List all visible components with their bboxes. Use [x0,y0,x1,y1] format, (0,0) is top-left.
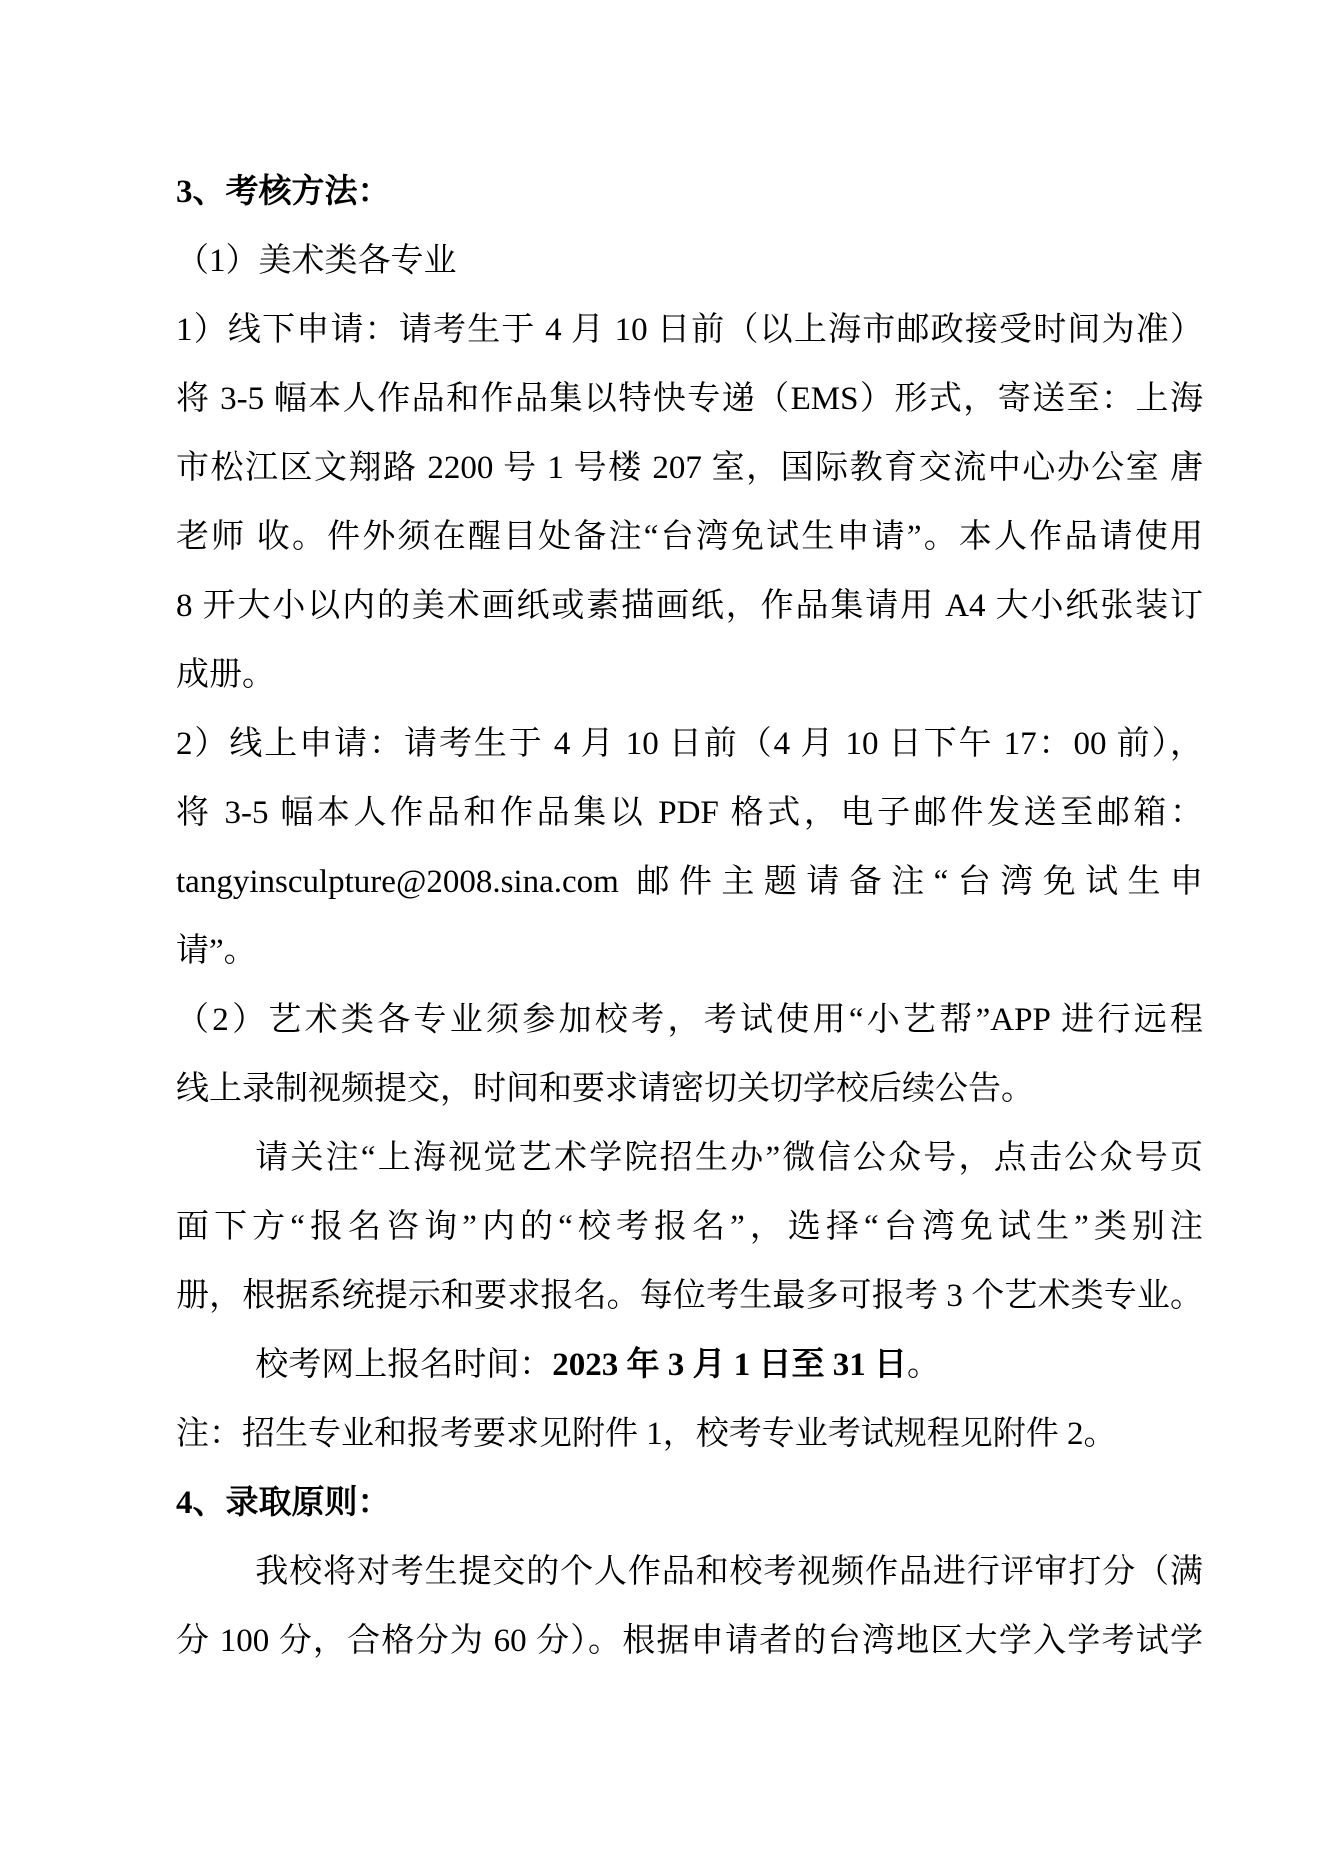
doc-line: 8 开大小以内的美术画纸或素描画纸，作品集请用 A4 大小纸张装订 [176,572,1203,641]
note-line: 注：招生专业和报考要求见附件 1，校考专业考试规程见附件 2。 [176,1400,1203,1469]
document-page: 3、考核方法： （1）美术类各专业 1）线下申请：请考生于 4 月 10 日前（… [0,0,1323,1871]
section-3-heading: 3、考核方法： [176,158,1203,227]
doc-line: 请”。 [176,917,1203,986]
doc-line: 2）线上申请：请考生于 4 月 10 日前（4 月 10 日下午 17：00 前… [176,710,1203,779]
doc-line: （1）美术类各专业 [176,227,1203,296]
registration-date-suffix: 。 [907,1347,940,1383]
registration-date-bold: 2023 年 3 月 1 日至 31 日 [552,1347,907,1383]
doc-line: 请关注“上海视觉艺术学院招生办”微信公众号，点击公众号页 [176,1124,1203,1193]
section-4-heading: 4、录取原则： [176,1469,1203,1538]
doc-line: 我校将对考生提交的个人作品和校考视频作品进行评审打分（满 [176,1538,1203,1607]
registration-date-label: 校考网上报名时间： [255,1347,552,1383]
doc-line: 1）线下申请：请考生于 4 月 10 日前（以上海市邮政接受时间为准） [176,296,1203,365]
doc-line: 老师 收。件外须在醒目处备注“台湾免试生申请”。本人作品请使用 [176,503,1203,572]
doc-line: 面下方“报名咨询”内的“校考报名”，选择“台湾免试生”类别注 [176,1193,1203,1262]
doc-line: 册，根据系统提示和要求报名。每位考生最多可报考 3 个艺术类专业。 [176,1262,1203,1331]
registration-date-line: 校考网上报名时间：2023 年 3 月 1 日至 31 日。 [176,1331,1203,1400]
doc-line: 分 100 分，合格分为 60 分）。根据申请者的台湾地区大学入学考试学 [176,1607,1203,1676]
email-line: tangyinsculpture@2008.sina.com 邮件主题请备注“台… [176,848,1203,917]
doc-line: 市松江区文翔路 2200 号 1 号楼 207 室，国际教育交流中心办公室 唐 [176,434,1203,503]
doc-line: （2）艺术类各专业须参加校考，考试使用“小艺帮”APP 进行远程 [176,986,1203,1055]
doc-line: 将 3-5 幅本人作品和作品集以特快专递（EMS）形式，寄送至：上海 [176,365,1203,434]
doc-line: 成册。 [176,641,1203,710]
doc-line: 将 3-5 幅本人作品和作品集以 PDF 格式，电子邮件发送至邮箱： [176,779,1203,848]
doc-line: 线上录制视频提交，时间和要求请密切关切学校后续公告。 [176,1055,1203,1124]
